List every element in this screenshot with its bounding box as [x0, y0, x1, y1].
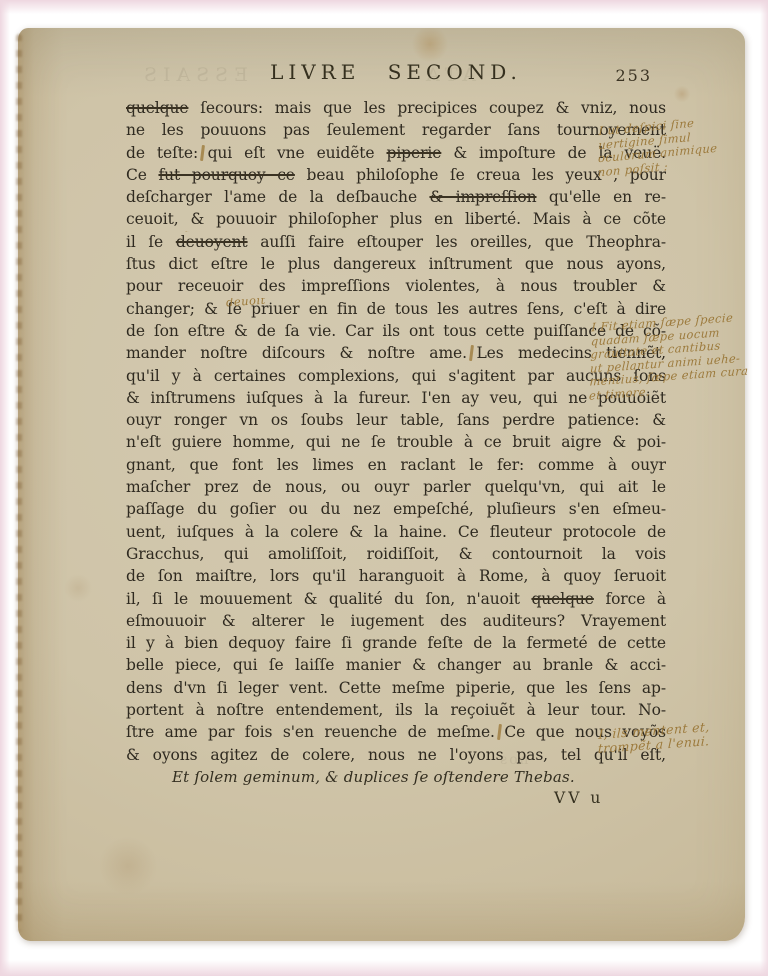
handwritten-correction: deuoit: [226, 298, 266, 308]
photo-edge-right: [760, 0, 768, 976]
book-page: ESSAIS ATA nos LIVRE SECOND. 253 quelque…: [18, 28, 745, 941]
struck-word: quelque: [531, 590, 593, 608]
text-line: deſcharger l'ame de la deſbauche & impre…: [126, 186, 666, 208]
margin-note-3: I, ils mentent et,trompẽt a l'enui.: [598, 720, 711, 755]
handwritten-correction: deuoit: [183, 231, 223, 233]
text-line: portent à noſtre entendement, ils la reç…: [126, 699, 666, 721]
text-line: ouyr ronger vn os ſoubs leur table, ſans…: [126, 409, 666, 431]
text-line: quelque ſecours: mais que les precipices…: [126, 97, 666, 119]
text-line: pour receuoir des impreſſions violentes,…: [126, 275, 666, 297]
text-line: uent, iuſques à la colere & la haine. Ce…: [126, 521, 666, 543]
verse-quotation: Et ſolem geminum, & duplices ſe oſtender…: [126, 768, 666, 786]
printer-signature: VV u: [126, 789, 666, 807]
text-line: de teſte:qui eſt vne euidẽte piperie & i…: [126, 142, 666, 164]
margin-note-2: I Fit etiam ſæpe ſpeciequadam ſæpe uocum…: [589, 310, 751, 403]
text-line: Gracchus, qui amoliſſoit, roidiſſoit, & …: [126, 543, 666, 565]
text-line: Ce fut pourquoy ce beau philoſophe ſe cr…: [126, 164, 666, 186]
text-line: maſcher prez de nous, ou ouyr parler que…: [126, 476, 666, 498]
text-block: LIVRE SECOND. 253 quelque ſecours: mais …: [126, 56, 666, 807]
text-line: eſmouuoir & alterer le iugement des audi…: [126, 610, 666, 632]
struck-word: piperie: [387, 144, 442, 162]
insertion-mark: [469, 345, 473, 361]
text-line: belle piece, qui ſe laiſſe manier & chan…: [126, 654, 666, 676]
insertion-mark: [497, 724, 501, 740]
page-number: 253: [615, 66, 652, 85]
insertion-mark: [200, 145, 204, 161]
text-line: ſtus dict eſtre le plus dangereux inſtru…: [126, 253, 666, 275]
text-line: de ſon maiſtre, lors qu'il haranguoit à …: [126, 565, 666, 587]
text-line: & inſtrumens iuſques à la fureur. I'en a…: [126, 387, 666, 409]
photo-edge-top: [0, 0, 768, 14]
struck-word: fut pourquoy ce: [158, 166, 294, 184]
text-line: ne les pouuons pas ſeulement regarder ſa…: [126, 119, 666, 141]
photo-edge-bottom: [0, 960, 768, 976]
text-line: ceuoit, & pouuoir philoſopher plus en li…: [126, 208, 666, 230]
text-line: gnant, que font les limes en raclant le …: [126, 454, 666, 476]
struck-word: quelque: [126, 99, 188, 117]
struck-word: deuoyentdeuoit: [176, 233, 248, 251]
body-text: quelque ſecours: mais que les precipices…: [126, 97, 666, 766]
text-line: & oyons agitez de colere, nous ne l'oyon…: [126, 744, 666, 766]
text-line: ſtre ame par fois s'en reuenche de meſme…: [126, 721, 666, 743]
margin-note-1: I ut deſpici ſineuertigine ſimuloculorum…: [598, 115, 718, 180]
text-line: il, ſi le mouuement & qualité du ſon, n'…: [126, 588, 666, 610]
page-header: LIVRE SECOND. 253: [126, 56, 666, 96]
text-line: mander noſtre diſcours & noſtre ame.Les …: [126, 342, 666, 364]
running-title: LIVRE SECOND.: [126, 60, 666, 84]
text-line: dens d'vn ſi leger vent. Cette meſme pip…: [126, 677, 666, 699]
text-line: de ſon eſtre & de ſa vie. Car ils ont to…: [126, 320, 666, 342]
text-line: changer; & ſedeuoit priuer en fin de tou…: [126, 298, 666, 320]
text-line: paſſage du goſier ou du nez empeſché, pl…: [126, 498, 666, 520]
photo-frame: ESSAIS ATA nos LIVRE SECOND. 253 quelque…: [0, 0, 768, 976]
text-line: qu'il y à certaines complexions, qui s'a…: [126, 365, 666, 387]
text-line: n'eſt guiere homme, qui ne ſe trouble à …: [126, 431, 666, 453]
text-line: il ſe deuoyentdeuoit auſſi faire eſtoupe…: [126, 231, 666, 253]
photo-edge-left: [0, 0, 10, 976]
text-line: il y à bien dequoy faire ſi grande feſte…: [126, 632, 666, 654]
struck-word: & impreſſion: [429, 188, 536, 206]
